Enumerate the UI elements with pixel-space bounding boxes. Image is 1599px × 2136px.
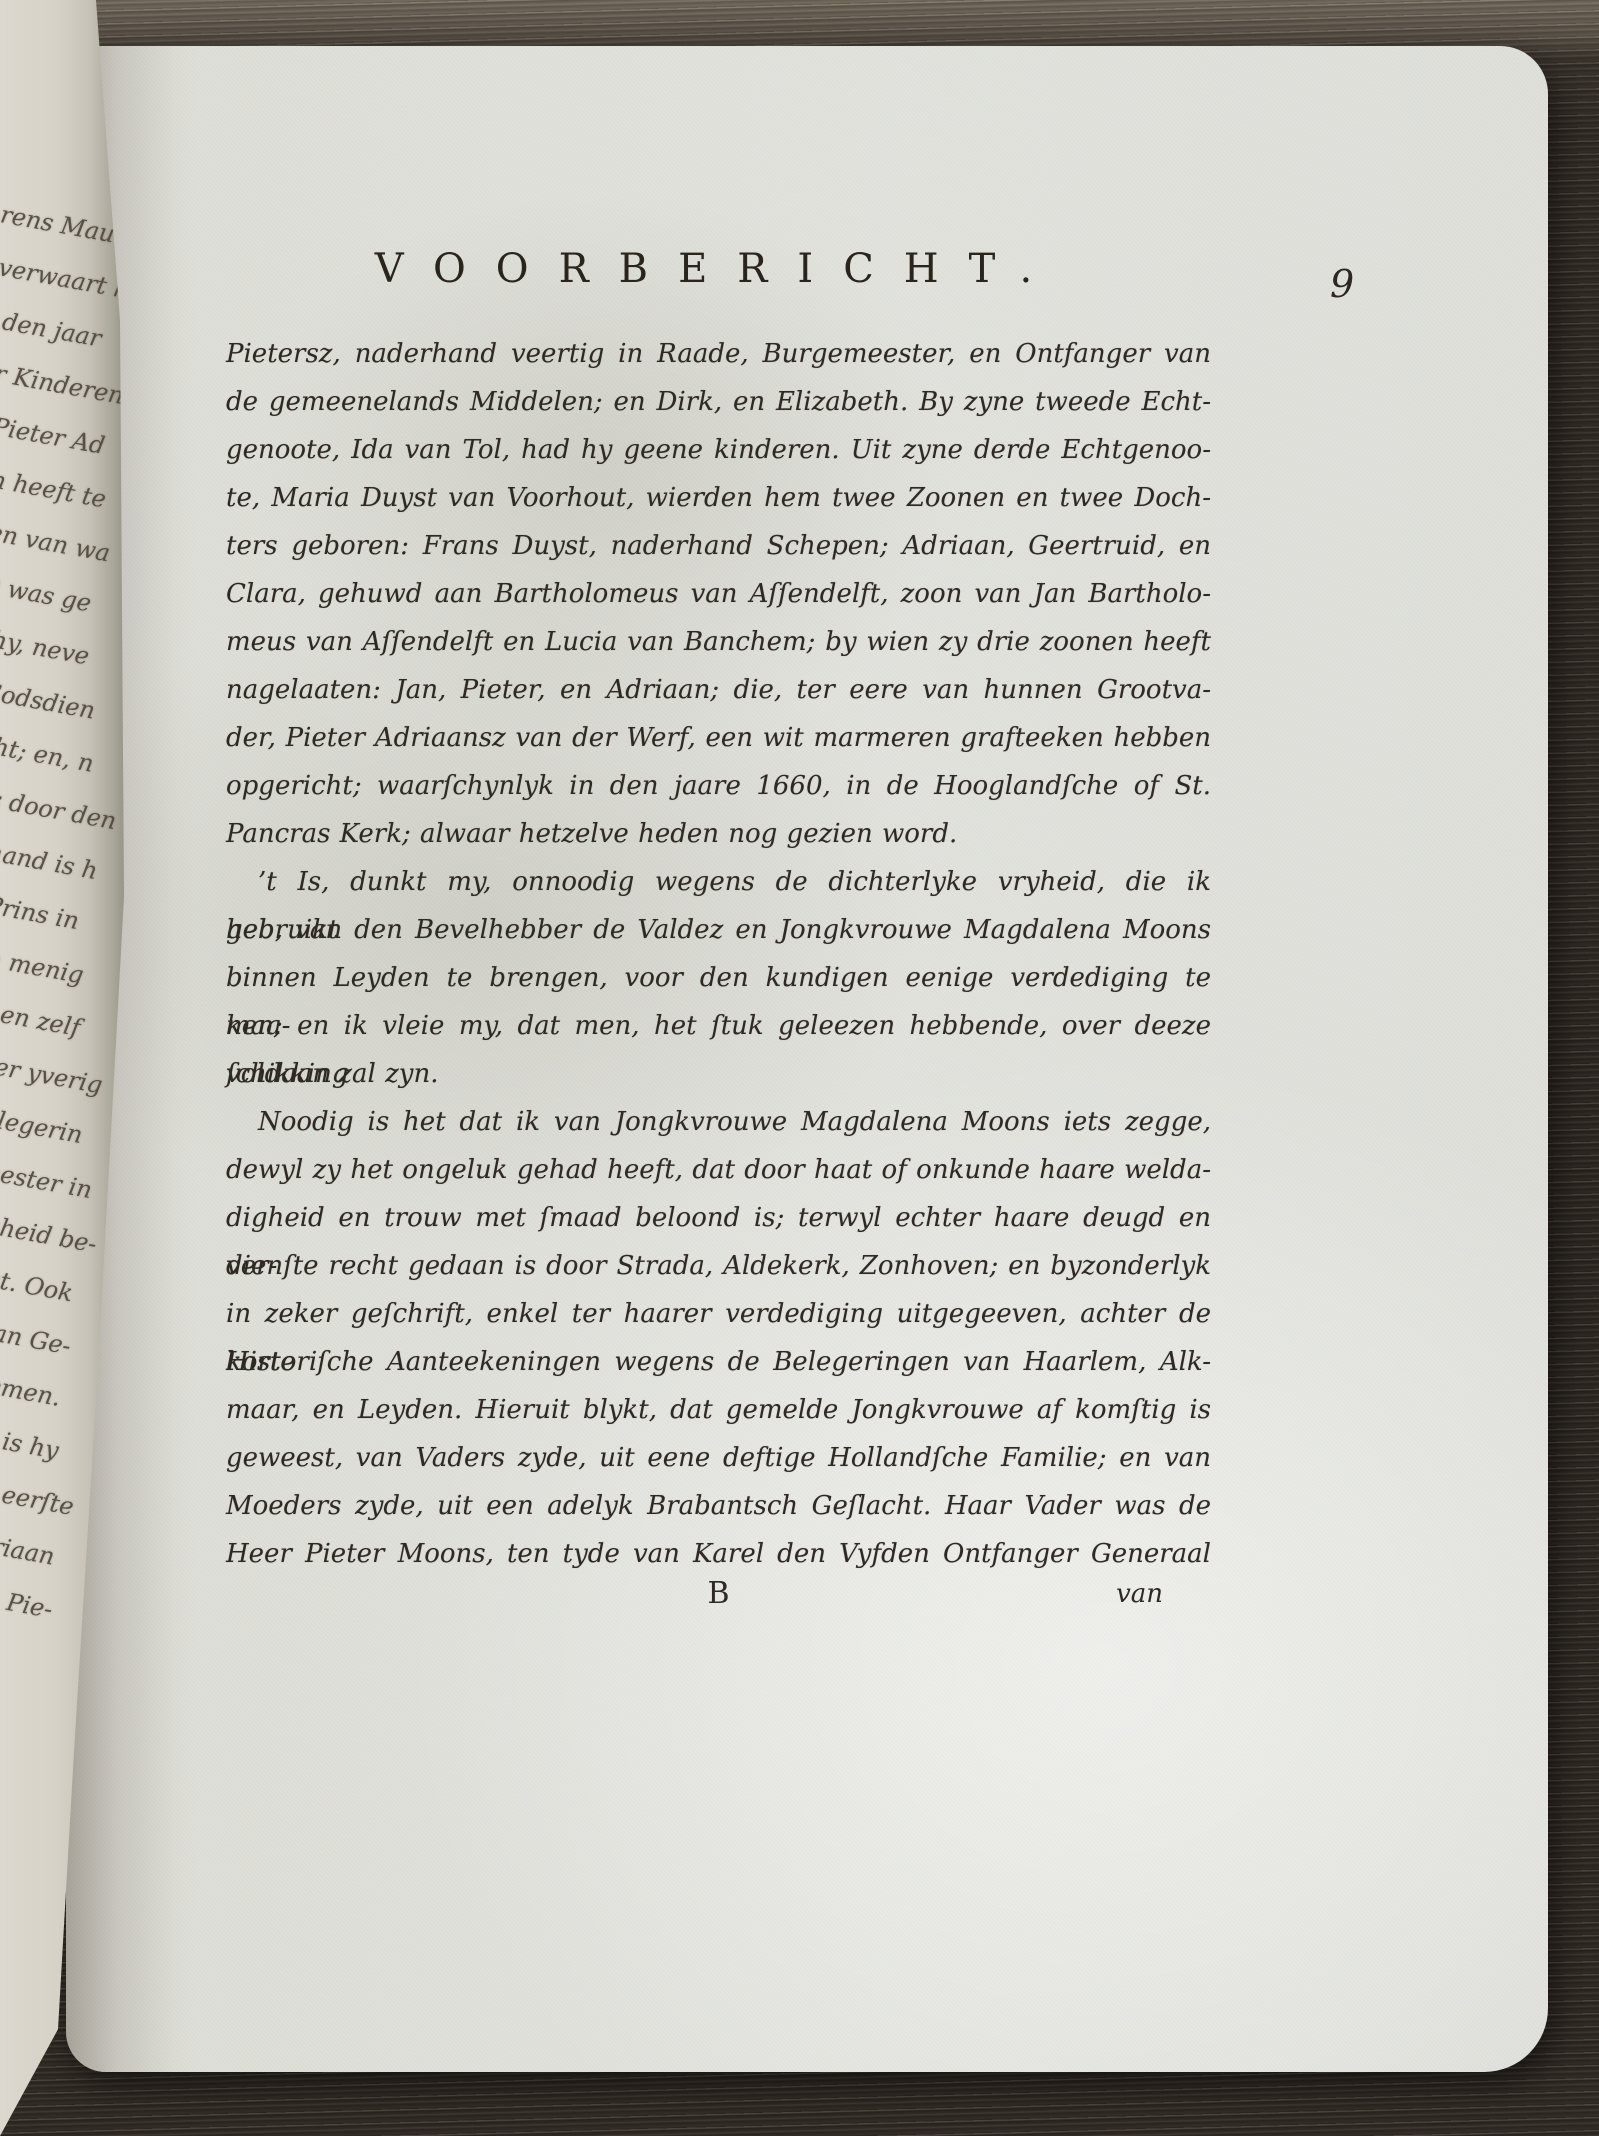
text-line: maar, en Leyden. Hieruit blykt, dat geme… <box>226 1386 1211 1434</box>
text-line: Pancras Kerk; alwaar hetzelve heden nog … <box>226 810 1211 858</box>
page-header: VOORBERICHT. 9 <box>226 246 1266 306</box>
text-line: Clara, gehuwd aan Bartholomeus van Aſſen… <box>226 570 1211 618</box>
signature-row: B van <box>226 1570 1211 1618</box>
text-line: in zeker geſchrift, enkel ter haarer ver… <box>226 1290 1211 1338</box>
text-line: Noodig is het dat ik van Jongkvrouwe Mag… <box>226 1098 1211 1146</box>
text-line: der, Pieter Adriaansz van der Werf, een … <box>226 714 1211 762</box>
text-line: heb, van den Bevelhebber de Valdez en Jo… <box>226 906 1211 954</box>
text-line: geweest, van Vaders zyde, uit eene defti… <box>226 1434 1211 1482</box>
text-line: Moeders zyde, uit een adelyk Brabantsch … <box>226 1482 1211 1530</box>
text-line: Historiſche Aanteekeningen wegens de Bel… <box>226 1338 1211 1386</box>
text-line: ’t Is, dunkt my, onnoodig wegens de dich… <box>226 858 1211 906</box>
page-heading: VOORBERICHT. <box>226 246 1211 292</box>
text-line: nagelaaten: Jan, Pieter, en Adriaan; die… <box>226 666 1211 714</box>
text-line: de gemeenelands Middelen; en Dirk, en El… <box>226 378 1211 426</box>
text-line: voldaan zal zyn. <box>226 1050 1211 1098</box>
text-line: digheid en trouw met ſmaad beloond is; t… <box>226 1194 1211 1242</box>
text-line: ken; en ik vleie my, dat men, het ſtuk g… <box>226 1002 1211 1050</box>
text-line: dienſte recht gedaan is door Strada, Ald… <box>226 1242 1211 1290</box>
page-number: 9 <box>1330 262 1354 306</box>
catchword: van <box>1116 1570 1163 1618</box>
text-line: te, Maria Duyst van Voorhout, wierden he… <box>226 474 1211 522</box>
text-line: dewyl zy het ongeluk gehad heeft, dat do… <box>226 1146 1211 1194</box>
signature-mark: B <box>226 1570 1211 1618</box>
text-line: ters geboren: Frans Duyst, naderhand Sch… <box>226 522 1211 570</box>
text-line: meus van Aſſendelft en Lucia van Banchem… <box>226 618 1211 666</box>
text-line: binnen Leyden te brengen, voor den kundi… <box>226 954 1211 1002</box>
text-line: Pietersz, naderhand veertig in Raade, Bu… <box>226 330 1211 378</box>
text-line: genoote, Ida van Tol, had hy geene kinde… <box>226 426 1211 474</box>
text-block: Pietersz, naderhand veertig in Raade, Bu… <box>226 330 1211 1578</box>
text-line: opgericht; waarſchynlyk in den jaare 166… <box>226 762 1211 810</box>
book-page: VOORBERICHT. 9 Pietersz, naderhand veert… <box>66 46 1548 2072</box>
book-photo-scene: VOORBERICHT. 9 Pietersz, naderhand veert… <box>0 0 1599 2136</box>
